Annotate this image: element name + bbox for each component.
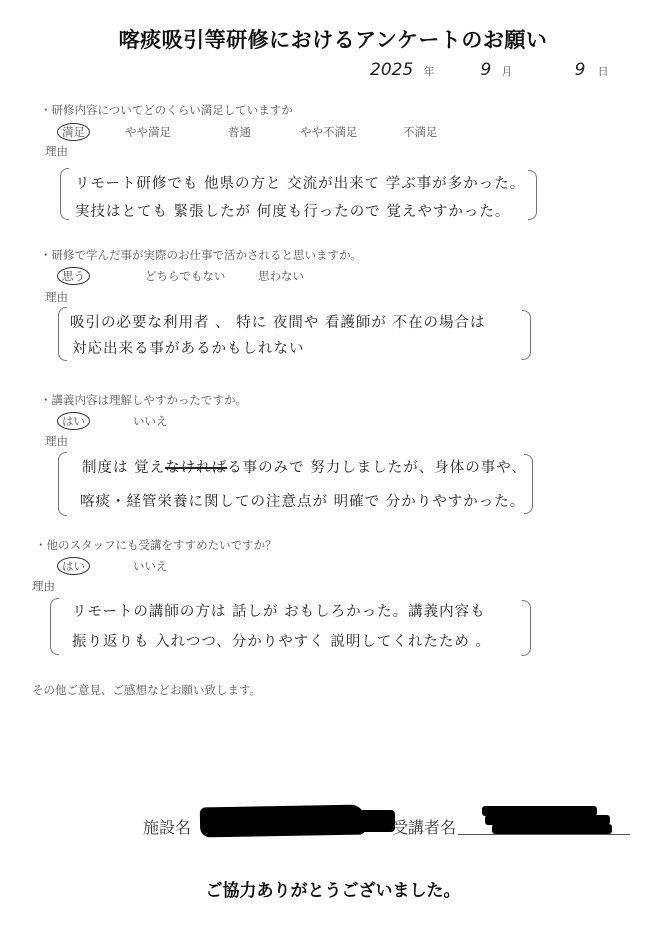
trainee-name-line	[458, 834, 630, 835]
q3-reason-text: る事のみで 努力しましたが、身体の事や、	[227, 460, 527, 476]
date-year-unit: 年	[423, 65, 434, 78]
trainee-label: 受講者名	[392, 818, 456, 837]
q4-option-yes[interactable]: はい	[62, 558, 90, 574]
q2-reason-label: 理由	[45, 289, 68, 305]
q4-bracket-right	[522, 600, 531, 656]
q3-reason-text: 制度は 覚え	[82, 460, 165, 476]
question-3: ・講義内容は理解しやすかったですか。	[40, 392, 247, 408]
question-2: ・研修で学んだ事が実際のお仕事で活かされると思いますか。	[40, 247, 362, 263]
date-day-unit: 日	[598, 65, 609, 78]
other-comments-prompt: その他ご意見、ご感想などお願い致します。	[32, 682, 261, 698]
q4-bracket-left	[50, 598, 59, 655]
facility-label: 施設名	[143, 818, 191, 837]
date-year: 2025	[370, 60, 413, 80]
q2-reason-line-2: 対応出来る事があるかもしれない	[72, 337, 305, 358]
q1-option-dissatisfied[interactable]: 不満足	[403, 124, 438, 140]
q3-reason-label: 理由	[45, 433, 68, 449]
q2-option-agree[interactable]: 思う	[62, 268, 90, 284]
q4-reason-line-1: リモートの講師の方は 話しが おもしろかった。講義内容も	[72, 600, 486, 621]
selected-circle: はい	[57, 557, 90, 575]
redaction-mark	[355, 810, 395, 832]
date-day: 9	[575, 60, 586, 80]
question-1: ・研修内容についてどのくらい満足していますか	[40, 102, 293, 118]
selected-circle: はい	[57, 412, 90, 430]
q1-reason-label: 理由	[45, 143, 68, 159]
q2-option-disagree[interactable]: 思わない	[258, 268, 304, 284]
q1-reason-line-2: 実技はとても 緊張したが 何度も行ったので 覚えやすかった。	[75, 200, 510, 221]
trainee-name-redacted	[492, 824, 612, 834]
closing-message: ご協力ありがとうございました。	[0, 876, 666, 901]
q3-bracket-left	[58, 452, 67, 516]
q3-option-yes[interactable]: はい	[62, 413, 90, 429]
q1-bracket-right	[528, 170, 537, 220]
selected-circle: 満足	[57, 123, 90, 141]
trainee-label-wrap: 受講者名	[392, 815, 456, 838]
q1-option-neutral[interactable]: 普通	[228, 124, 251, 140]
question-4: ・他のスタッフにも受講をすすめたいですか？	[35, 537, 277, 553]
facility-name-redacted	[200, 805, 365, 838]
q1-reason-line-1: リモート研修でも 他県の方と 交流が出来て 学ぶ事が多かった。	[75, 172, 525, 193]
struck-out-text: なければ	[165, 460, 227, 476]
q4-reason-line-2: 振り返りも 入れつつ、分かりやすく 説明してくれたため 。	[72, 630, 491, 651]
q3-reason-line-2: 喀痰・経管栄養に関しての注意点が 明確で 分かりやすかった。	[80, 490, 525, 511]
q1-option-somewhat-dissatisfied[interactable]: やや不満足	[300, 124, 358, 140]
q3-reason-line-1: 制度は 覚えなければる事のみで 努力しましたが、身体の事や、	[82, 456, 527, 477]
q2-bracket-left	[58, 307, 67, 361]
document-title: 喀痰吸引等研修におけるアンケートのお願い	[0, 24, 666, 54]
selected-circle: 思う	[57, 267, 90, 285]
date-month-unit: 月	[502, 65, 513, 78]
q4-option-no[interactable]: いいえ	[133, 558, 168, 574]
q1-bracket-left	[60, 168, 69, 220]
date-field: 2025 年 9 月 9 日	[370, 60, 609, 80]
q1-option-satisfied[interactable]: 満足	[62, 124, 90, 140]
q2-reason-line-1: 吸引の必要な利用者 、 特に 夜間や 看護師が 不在の場合は	[70, 311, 486, 332]
q2-bracket-right	[522, 310, 531, 360]
date-month: 9	[481, 60, 492, 80]
q1-option-somewhat-satisfied[interactable]: やや満足	[125, 124, 171, 140]
q2-option-neutral[interactable]: どちらでもない	[145, 268, 225, 284]
signature-row: 施設名	[143, 815, 191, 838]
q4-reason-label: 理由	[32, 578, 55, 594]
q3-option-no[interactable]: いいえ	[133, 413, 168, 429]
